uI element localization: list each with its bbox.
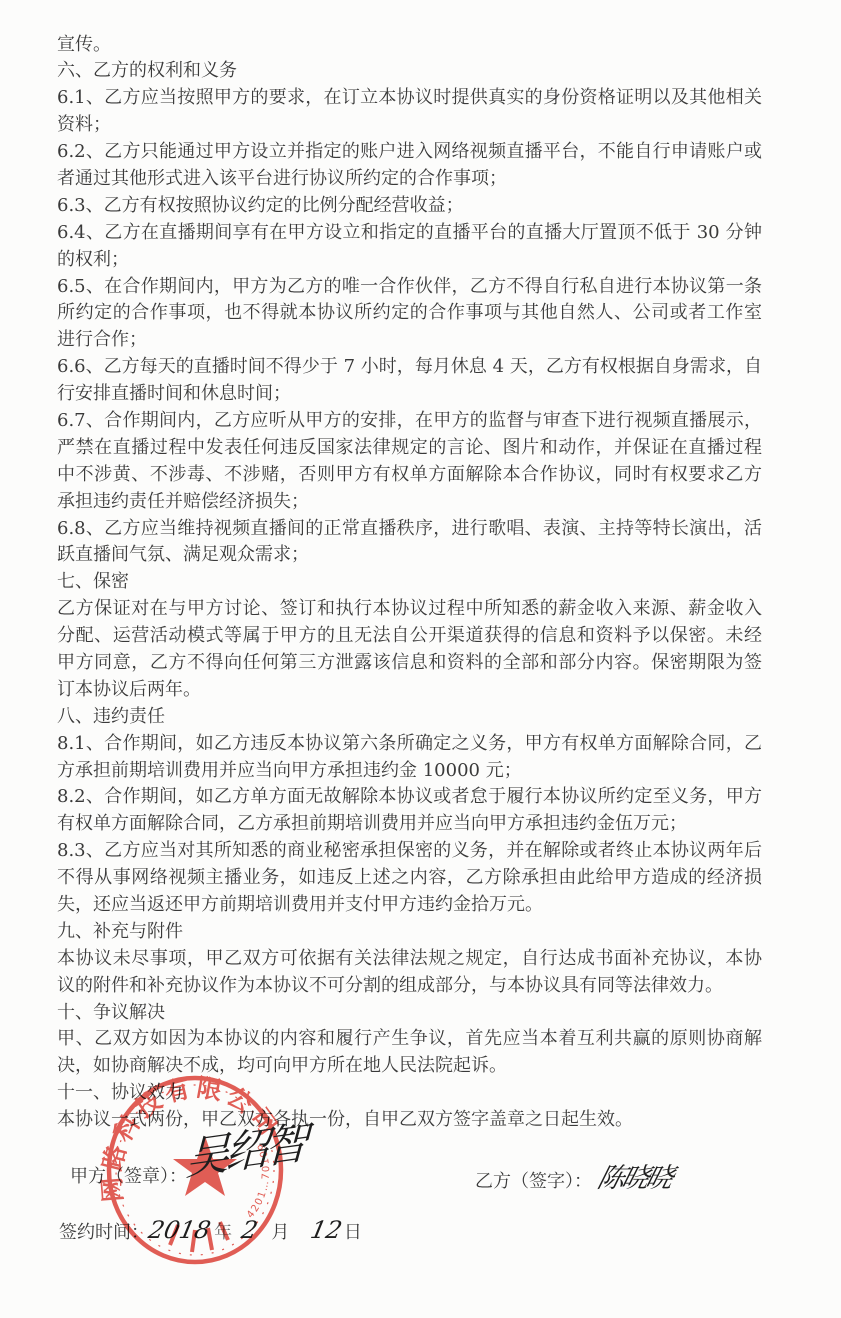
clause-line: 6.1、乙方应当按照甲方的要求，在订立本协议时提供真实的身份资格证明以及其他相关 — [57, 85, 762, 112]
clause-line: 承担违约责任并赔偿经济损失； — [57, 489, 762, 516]
signing-day: 12 — [309, 1217, 345, 1243]
clause-line: 跃直播间气氛、满足观众需求； — [57, 542, 762, 569]
clause-line: 中不涉黄、不涉毒、不涉赌，否则甲方有权单方面解除本合作协议，同时有权要求乙方 — [57, 462, 762, 489]
clause-line: 6.6、乙方每天的直播时间不得少于 7 小时，每月休息 4 天，乙方有权根据自身… — [57, 354, 762, 381]
clause-line: 乙方保证对在与甲方讨论、签订和执行本协议过程中所知悉的薪金收入来源、薪金收入 — [57, 596, 762, 623]
party-b-signature: 陈晓晓 — [594, 1162, 674, 1196]
clause-line: 不得从事网络视频主播业务，如违反上述之内容，乙方除承担由此给甲方造成的经济损 — [57, 865, 762, 892]
clause-line: 甲、乙双方如因为本协议的内容和履行产生争议，首先应当本着互利共赢的原则协商解 — [57, 1026, 762, 1053]
clause-line: 6.3、乙方有权按照协议约定的比例分配经营收益； — [57, 193, 762, 220]
clause-line: 分配、运营活动模式等属于甲方的且无法自公开渠道获得的信息和资料予以保密。未经 — [57, 623, 762, 650]
section-heading: 七、保密 — [57, 569, 762, 596]
clause-line: 的权利； — [57, 247, 762, 274]
clause-line: 6.4、乙方在直播期间享有在甲方设立和指定的直播平台的直播大厅置顶不低于 30 … — [57, 220, 762, 247]
clause-line: 有权单方面解除合同，乙方承担前期培训费用并应当向甲方承担违约金伍万元； — [57, 811, 762, 838]
clause-line: 本协议未尽事项，甲乙双方可依据有关法律法规之规定，自行达成书面补充协议，本协 — [57, 946, 762, 973]
clause-line: 严禁在直播过程中发表任何违反国家法律规定的言论、图片和动作，并保证在直播过程 — [57, 435, 762, 462]
clause-line: 进行合作； — [57, 327, 762, 354]
section-heading: 六、乙方的权利和义务 — [57, 58, 762, 85]
clause-line: 6.8、乙方应当维持视频直播间的正常直播秩序，进行歌唱、表演、主持等特长演出，活 — [57, 516, 762, 543]
clause-line: 6.2、乙方只能通过甲方设立并指定的账户进入网络视频直播平台，不能自行申请账户或 — [57, 139, 762, 166]
clause-line: 议的附件和补充协议作为本协议不可分割的组成部分，与本协议具有同等法律效力。 — [57, 973, 762, 1000]
contract-body: 宣传。 六、乙方的权利和义务 6.1、乙方应当按照甲方的要求，在订立本协议时提供… — [57, 32, 762, 1135]
clause-line: 8.3、乙方应当对其所知悉的商业秘密承担保密的义务，并在解除或者终止本协议两年后 — [57, 838, 762, 865]
day-unit: 日 — [344, 1222, 362, 1243]
clause-line: 8.2、合作期间，如乙方单方面无故解除本协议或者怠于履行本协议所约定至义务，甲方 — [57, 784, 762, 811]
clause-line: 8.1、合作期间，如乙方违反本协议第六条所确定之义务，甲方有权单方面解除合同，乙 — [57, 731, 762, 758]
clause-line: 所约定的合作事项，也不得就本协议所约定的合作事项与其他自然人、公司或者工作室 — [57, 300, 762, 327]
clause-line: 6.7、合作期间内，乙方应听从甲方的安排，在甲方的监督与审查下进行视频直播展示， — [57, 408, 762, 435]
clause-line: 甲方同意，乙方不得向任何第三方泄露该信息和资料的全部和部分内容。保密期限为签 — [57, 650, 762, 677]
clause-line: 6.5、在合作期间内，甲方为乙方的唯一合作伙伴，乙方不得自行私自进行本协议第一条 — [57, 274, 762, 301]
clause-line: 方承担前期培训费用并应当向甲方承担违约金 10000 元； — [57, 758, 762, 785]
clause-line: 者通过其他形式进入该平台进行协议所约定的合作事项； — [57, 166, 762, 193]
party-b-label: 乙方（签字）： — [475, 1169, 592, 1195]
section-heading: 八、违约责任 — [57, 704, 762, 731]
paragraph-line: 宣传。 — [57, 32, 762, 59]
section-heading: 十、争议解决 — [57, 1000, 762, 1027]
clause-line: 行安排直播时间和休息时间； — [57, 381, 762, 408]
clause-line: 资料； — [57, 112, 762, 139]
clause-line: 失，还应当返还甲方前期培训费用并支付甲方违约金拾万元。 — [57, 892, 762, 919]
section-heading: 九、补充与附件 — [57, 919, 762, 946]
clause-line: 订本协议后两年。 — [57, 677, 762, 704]
